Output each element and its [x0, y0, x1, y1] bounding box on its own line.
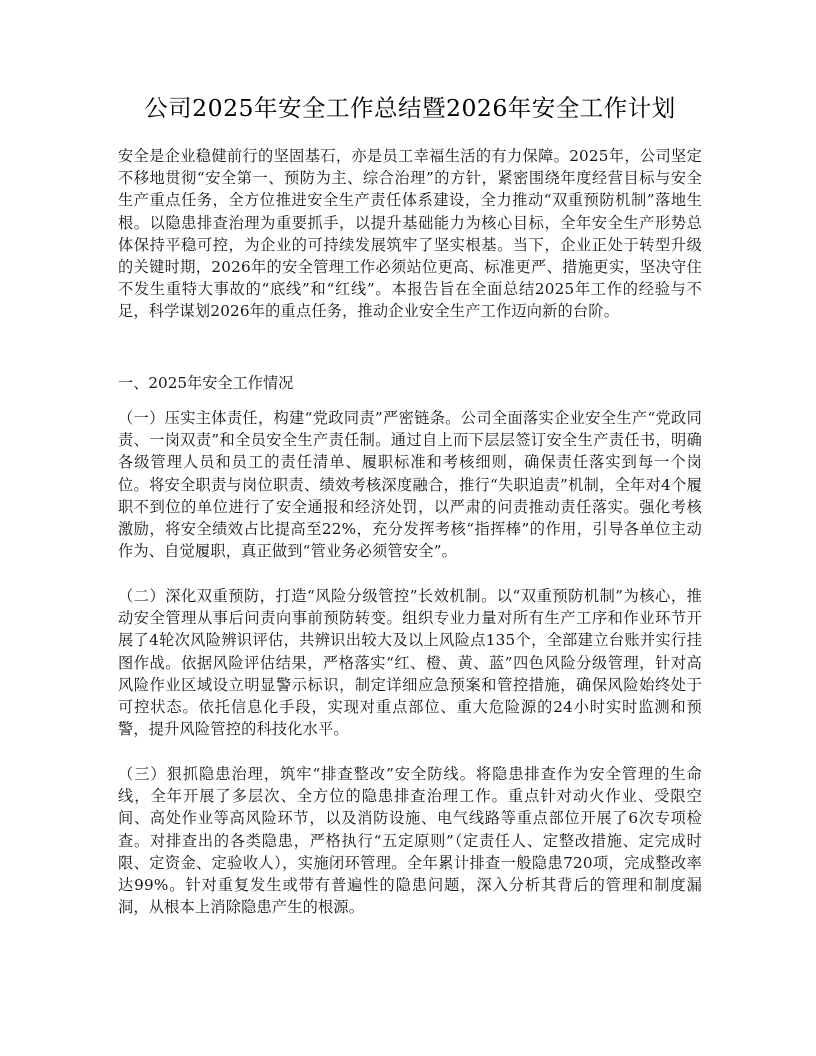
section-heading-1: 一、2025年安全工作情况	[118, 372, 293, 394]
intro-paragraph: 安全是企业稳健前行的坚固基石，亦是员工幸福生活的有力保障。2025年，公司坚定不…	[118, 145, 702, 323]
section-paragraph-2: （二）深化双重预防，打造“风险分级管控”长效机制。以“双重预防机制”为核心，推动…	[118, 585, 702, 740]
section-paragraph-1: （一）压实主体责任，构建“党政同责”严密链条。公司全面落实企业安全生产“党政同责…	[118, 407, 702, 562]
section-paragraph-3: （三）狠抓隐患治理，筑牢“排查整改”安全防线。将隐患排查作为安全管理的生命线，全…	[118, 763, 702, 918]
document-title: 公司2025年安全工作总结暨2026年安全工作计划	[118, 92, 702, 124]
